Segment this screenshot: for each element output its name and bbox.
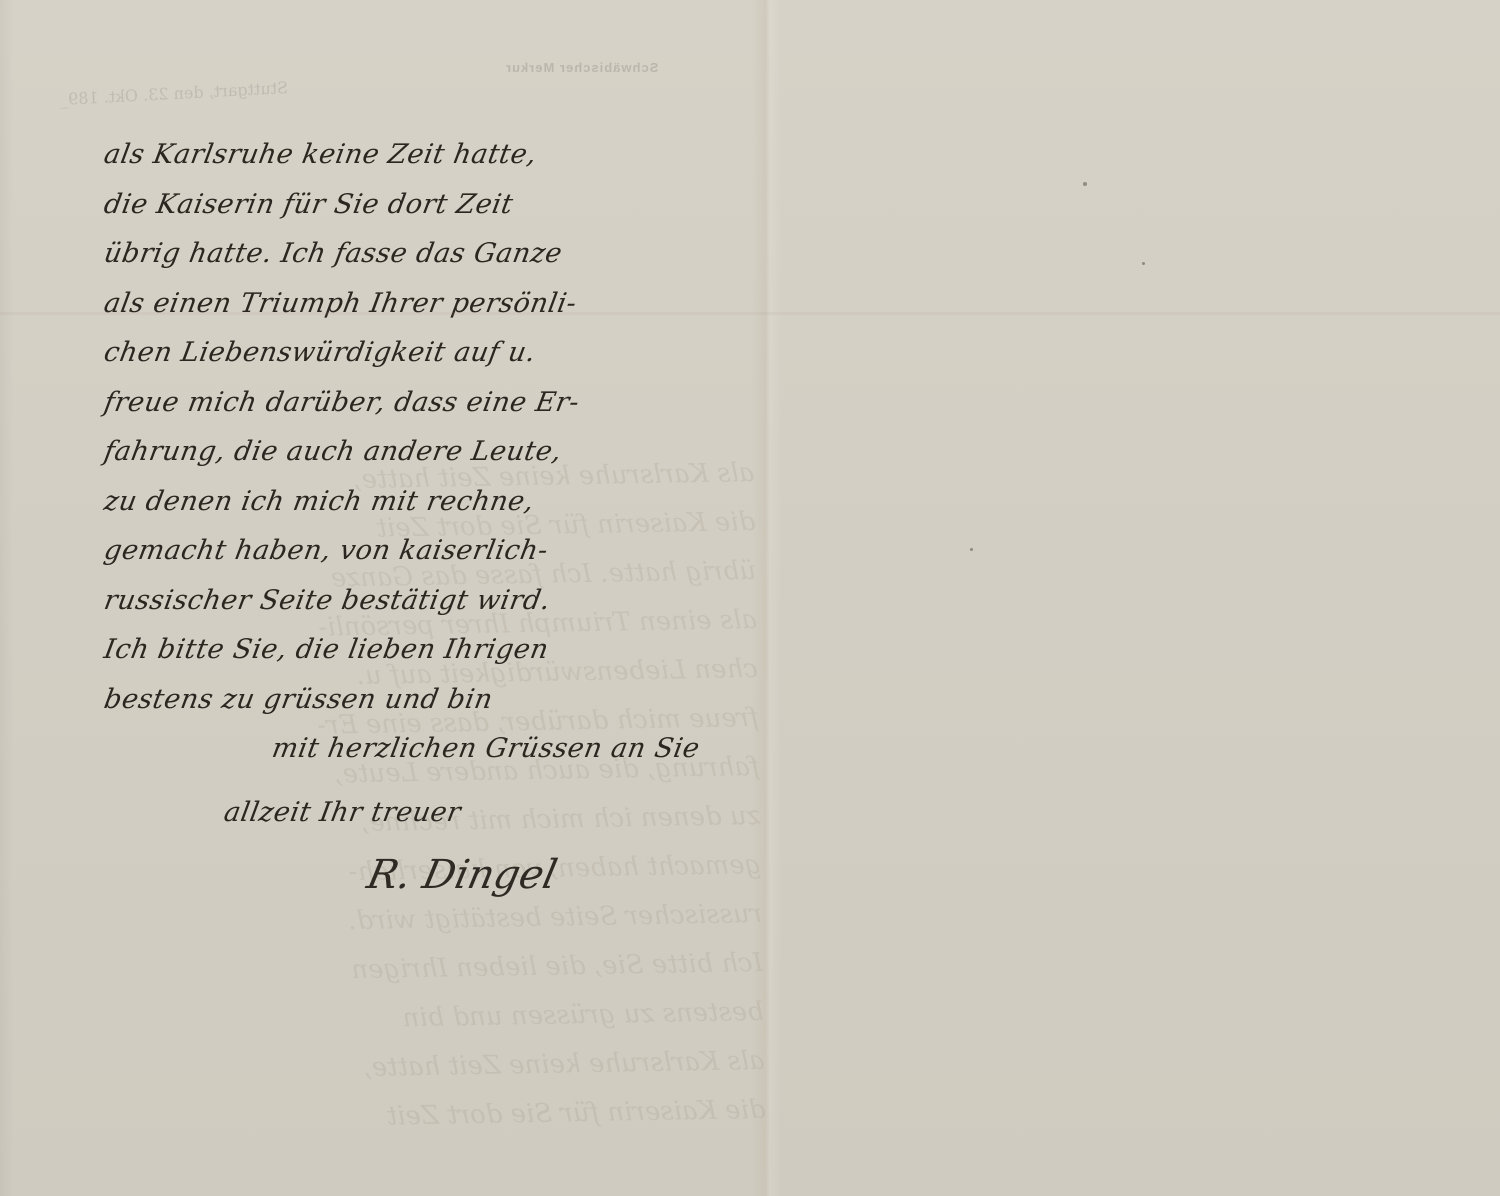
letter-scan: Schwäbischer Merkur Stuttgart, den 23. O…	[0, 0, 1500, 1196]
paper-speck	[1142, 262, 1145, 265]
date-showthrough: Stuttgart, den 23. Okt. 189_	[60, 78, 289, 109]
letterhead-showthrough: Schwäbischer Merkur	[505, 60, 658, 75]
paper-speck	[1083, 182, 1087, 186]
left-page: Schwäbischer Merkur Stuttgart, den 23. O…	[0, 0, 768, 1196]
body-line: fahrung, die auch andere Leute,	[100, 427, 759, 477]
body-line: die Kaiserin für Sie dort Zeit	[100, 180, 759, 230]
body-line: chen Liebenswürdigkeit auf u.	[100, 328, 759, 378]
signature: R. Dingel	[363, 852, 561, 898]
body-line: gemacht haben, von kaiserlich-	[100, 526, 759, 576]
closing-line: mit herzlichen Grüssen an Sie	[100, 724, 759, 774]
body-line: zu denen ich mich mit rechne,	[100, 477, 759, 527]
body-line: als einen Triumph Ihrer persönli-	[100, 279, 759, 329]
body-line: bestens zu grüssen und bin	[100, 675, 759, 725]
body-line: als Karlsruhe keine Zeit hatte,	[100, 130, 759, 180]
body-line: freue mich darüber, dass eine Er-	[100, 378, 759, 428]
letter-body: als Karlsruhe keine Zeit hatte, die Kais…	[100, 130, 750, 837]
paper-speck	[970, 548, 973, 551]
body-line: übrig hatte. Ich fasse das Ganze	[100, 229, 759, 279]
body-line: Ich bitte Sie, die lieben Ihrigen	[100, 625, 759, 675]
closing-line: allzeit Ihr treuer	[100, 788, 759, 838]
body-line: russischer Seite bestätigt wird.	[100, 576, 759, 626]
right-page-blank	[768, 0, 1500, 1196]
